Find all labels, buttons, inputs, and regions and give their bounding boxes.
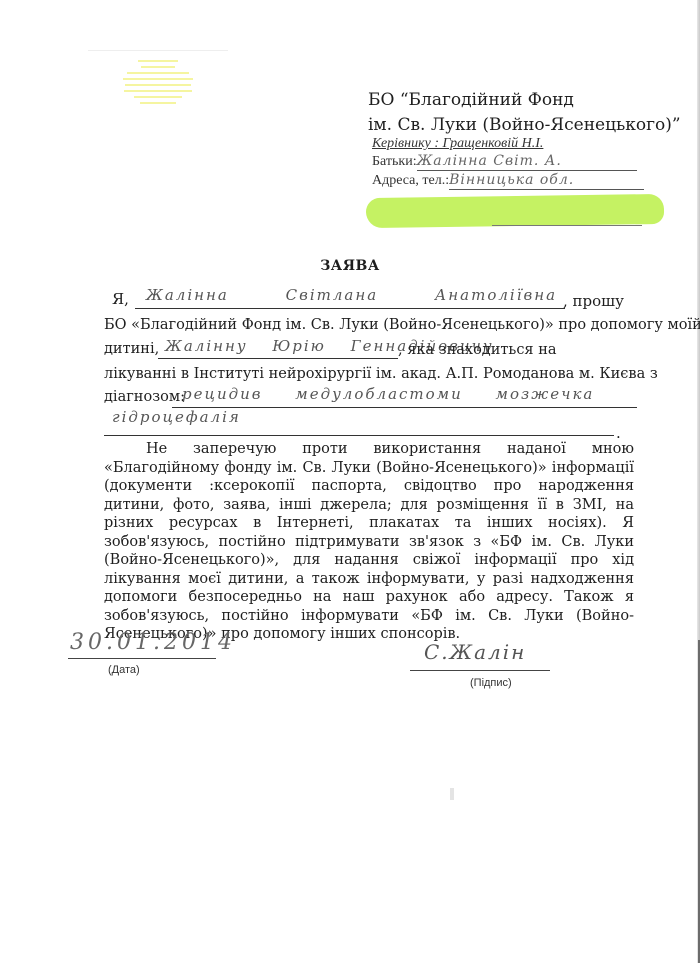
date-label: (Дата) [108, 664, 140, 676]
head-of-fund: Керівнику : Гращенковій Н.І. [372, 136, 543, 152]
request-line2: БО «Благодійний Фонд ім. Св. Луки (Войно… [104, 317, 700, 333]
child-suffix: , яка знаходиться на [398, 342, 557, 358]
diagnosis-underline2 [104, 435, 614, 436]
address-value: Вінницька обл. [449, 172, 574, 188]
redaction-mark [366, 194, 664, 228]
address-label: Адреса, тел.: [372, 173, 449, 188]
date-underline [68, 658, 216, 659]
org-name-line1: БО “Благодійний Фонд [368, 88, 681, 113]
scan-speck [450, 788, 454, 800]
diagnosis-line2: гідроцефалія [112, 408, 241, 426]
diagnosis-line1: рецидив медулобластоми мозжечка [182, 385, 594, 403]
org-name-line2: ім. Св. Луки (Войно-Ясенецького)” [368, 113, 681, 138]
diagnosis-underline1 [172, 407, 637, 408]
signature-label: (Підпис) [470, 677, 512, 689]
applicant-underline [135, 308, 565, 309]
parents-label: Батьки: [372, 154, 417, 169]
child-underline [158, 358, 398, 359]
applicant-name: Жалінна Світлана Анатоліївна [146, 286, 557, 304]
parents-field: Батьки:Жалінна Світ. А. [372, 153, 637, 171]
addressee-block: БО “Благодійний Фонд ім. Св. Луки (Войно… [368, 88, 681, 138]
treatment-line: лікуванні в Інституті нейрохірургії ім. … [104, 366, 658, 382]
address-underline [492, 225, 642, 226]
signature: С.Жалін [424, 640, 526, 664]
i-label: Я, [112, 290, 129, 308]
consent-paragraph: Не заперечую проти використання наданої … [104, 440, 634, 644]
signature-underline [410, 670, 550, 671]
consent-text: Не заперечую проти використання наданої … [104, 441, 634, 642]
address-field: Адреса, тел.:Вінницька обл. [372, 172, 644, 190]
document-title: ЗАЯВА [0, 258, 700, 274]
child-prefix: дитині, [104, 341, 159, 357]
request-suffix: , прошу [563, 292, 624, 310]
diagnosis-label: діагнозом: [104, 389, 185, 405]
parents-value: Жалінна Світ. А. [417, 153, 562, 169]
faded-stamp [88, 50, 228, 120]
date-value: 30.01.2014 [70, 630, 236, 655]
